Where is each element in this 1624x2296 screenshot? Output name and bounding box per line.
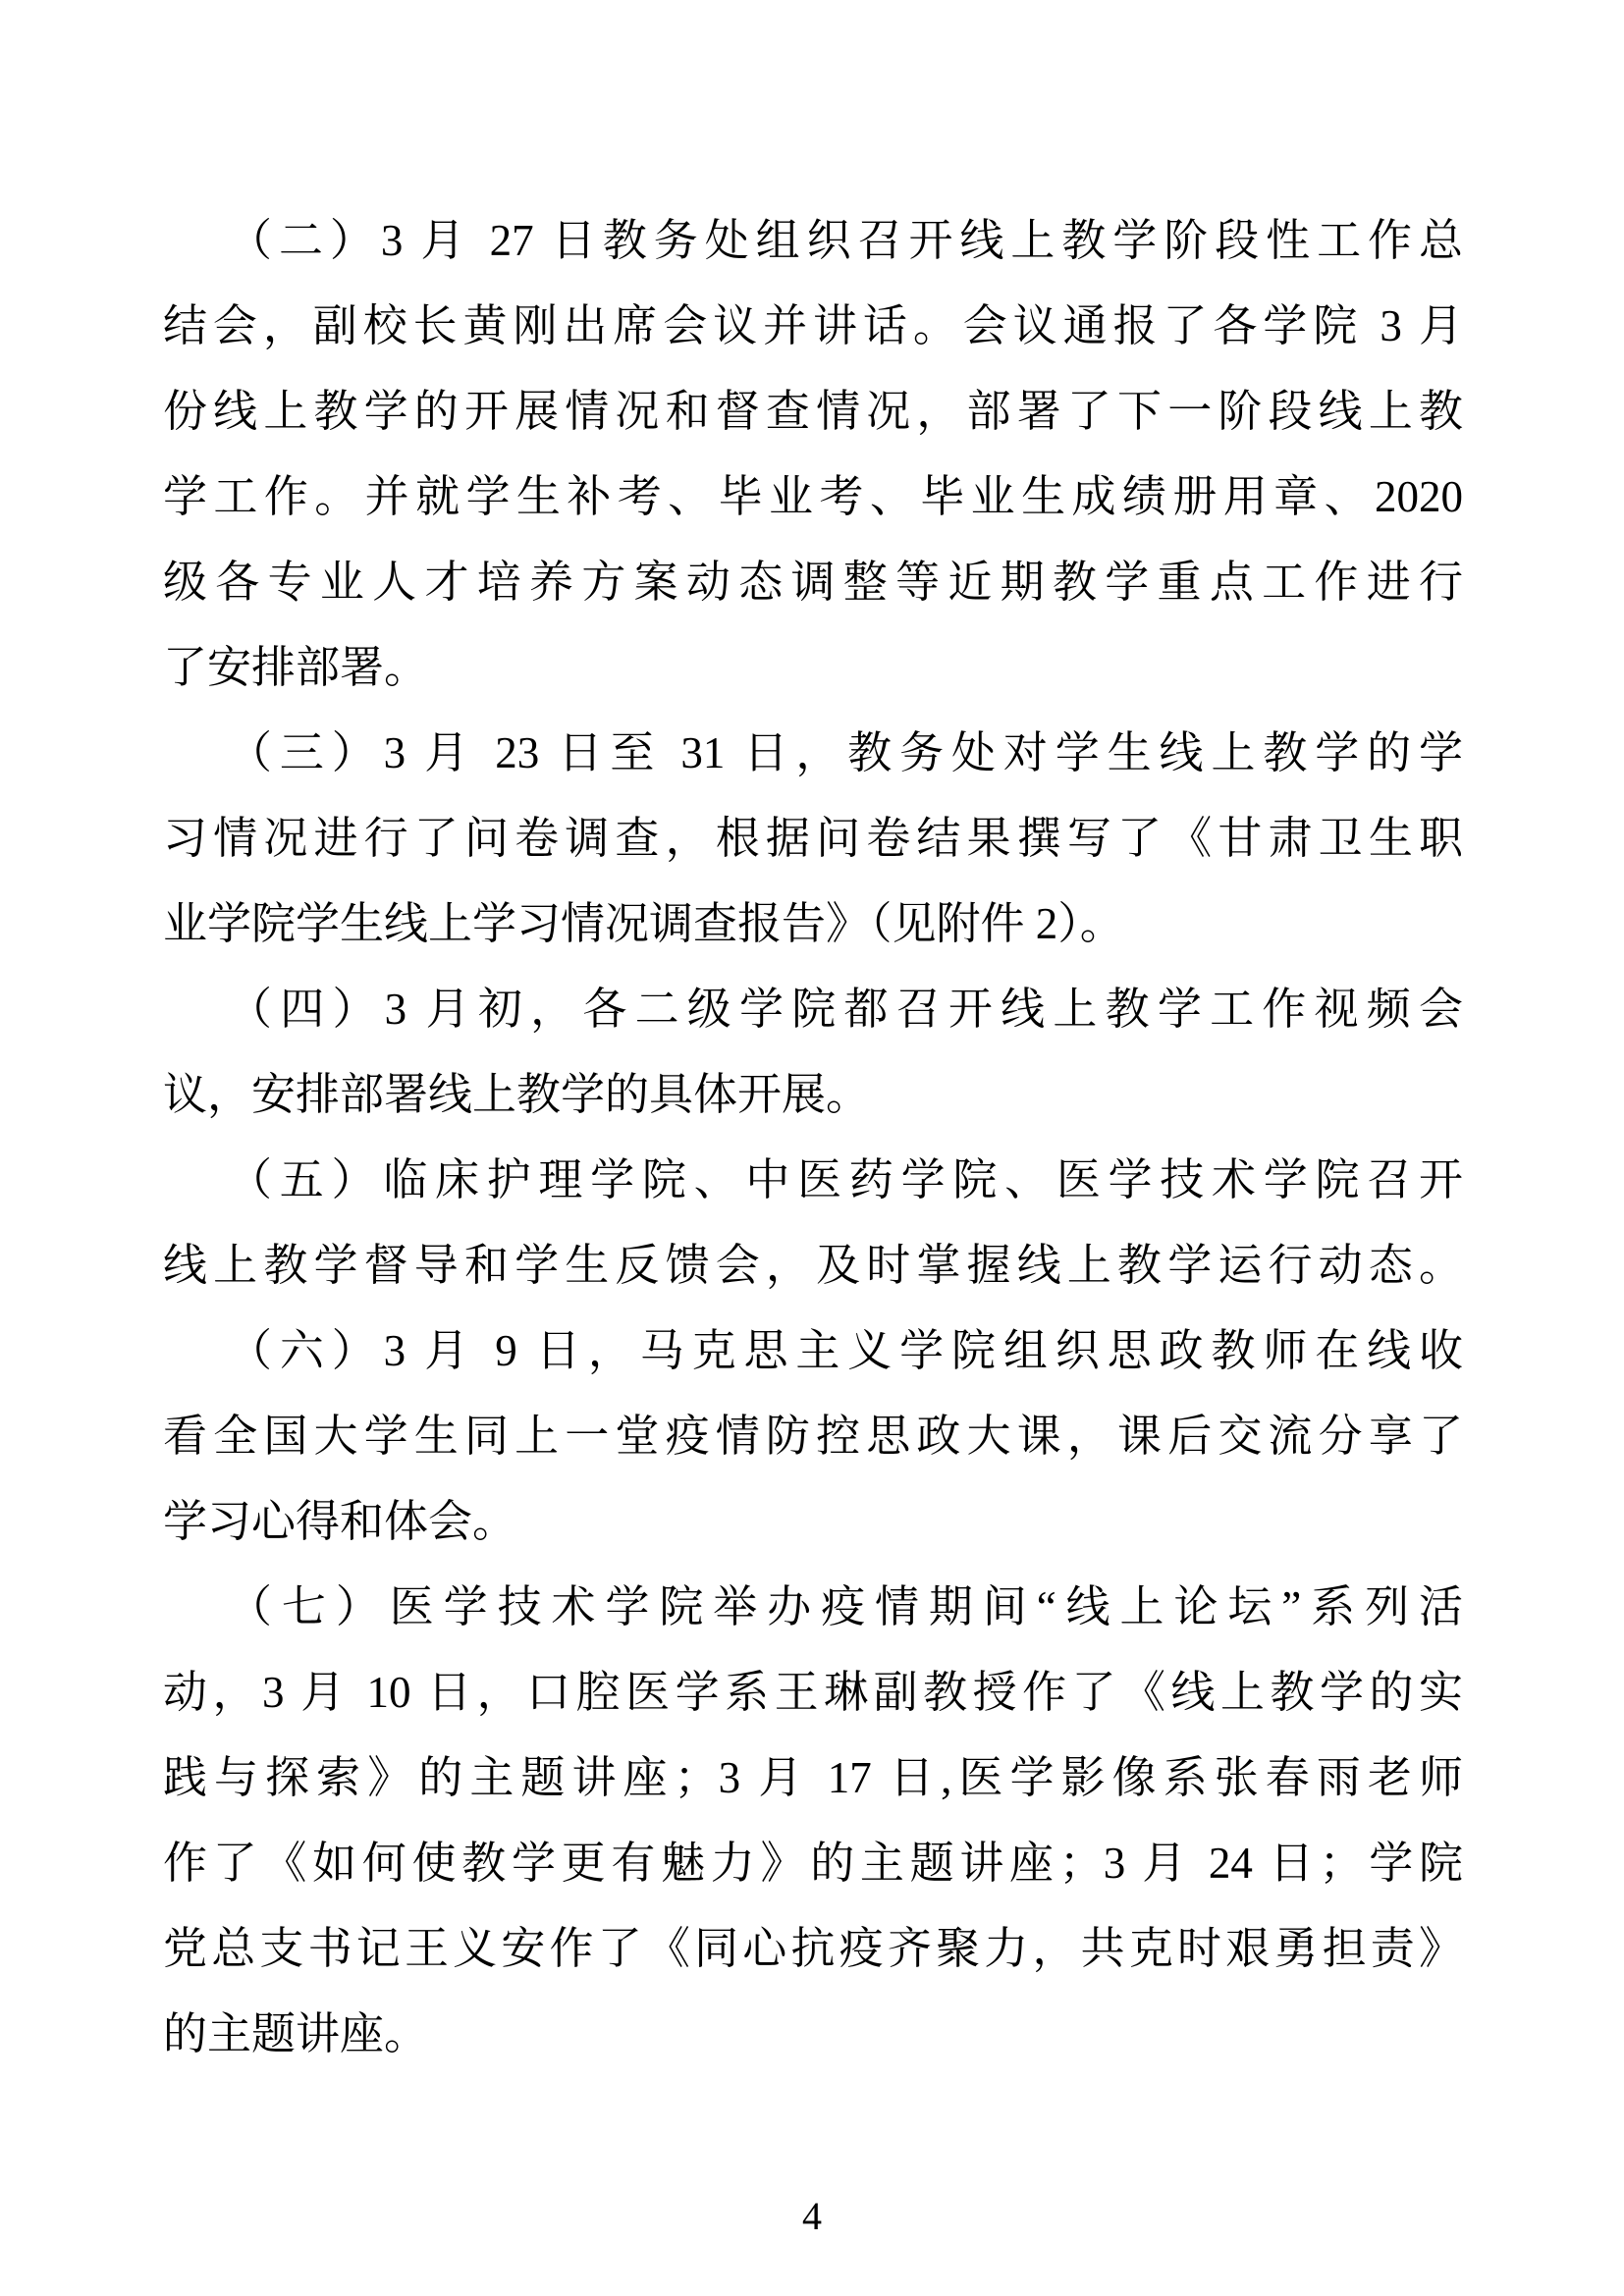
text-line: （五）临床护理学院、中医药学院、医学技术学院召开 bbox=[163, 1138, 1463, 1223]
text-line: 作了《如何使教学更有魅力》的主题讲座；3 月 24 日；学院 bbox=[163, 1821, 1463, 1906]
text-line: 级各专业人才培养方案动态调整等近期教学重点工作进行 bbox=[163, 540, 1463, 625]
text-line: （六）3 月 9 日，马克思主义学院组织思政教师在线收 bbox=[163, 1308, 1463, 1394]
text-line: （四）3 月初，各二级学院都召开线上教学工作视频会 bbox=[163, 967, 1463, 1052]
text-line: 业学院学生线上学习情况调查报告》（见附件 2）。 bbox=[163, 881, 1463, 967]
text-line: 学工作。并就学生补考、毕业考、毕业生成绩册用章、2020 bbox=[163, 454, 1463, 540]
text-line: 结会，副校长黄刚出席会议并讲话。会议通报了各学院 3 月 bbox=[163, 284, 1463, 369]
text-line: 看全国大学生同上一堂疫情防控思政大课，课后交流分享了 bbox=[163, 1394, 1463, 1479]
text-line: 学习心得和体会。 bbox=[163, 1479, 1463, 1565]
text-line: 习情况进行了问卷调查，根据问卷结果撰写了《甘肃卫生职 bbox=[163, 796, 1463, 881]
text-line: （三）3 月 23 日至 31 日，教务处对学生线上教学的学 bbox=[163, 711, 1463, 796]
text-line: （二）3 月 27 日教务处组织召开线上教学阶段性工作总 bbox=[163, 198, 1463, 284]
document-body: （二）3 月 27 日教务处组织召开线上教学阶段性工作总 结会，副校长黄刚出席会… bbox=[163, 198, 1463, 2077]
text-line: 线上教学督导和学生反馈会，及时掌握线上教学运行动态。 bbox=[163, 1223, 1463, 1308]
text-line: （七）医学技术学院举办疫情期间“线上论坛”系列活 bbox=[163, 1565, 1463, 1650]
document-page: （二）3 月 27 日教务处组织召开线上教学阶段性工作总 结会，副校长黄刚出席会… bbox=[0, 0, 1624, 2296]
text-line: 践与探索》的主题讲座；3 月 17 日,医学影像系张春雨老师 bbox=[163, 1735, 1463, 1821]
text-line: 了安排部署。 bbox=[163, 625, 1463, 711]
text-line: 的主题讲座。 bbox=[163, 1992, 1463, 2077]
text-line: 议，安排部署线上教学的具体开展。 bbox=[163, 1052, 1463, 1138]
text-line: 党总支书记王义安作了《同心抗疫齐聚力，共克时艰勇担责》 bbox=[163, 1906, 1463, 1992]
text-line: 动，3 月 10 日，口腔医学系王琳副教授作了《线上教学的实 bbox=[163, 1650, 1463, 1735]
page-number: 4 bbox=[0, 2195, 1624, 2238]
text-line: 份线上教学的开展情况和督查情况，部署了下一阶段线上教 bbox=[163, 369, 1463, 454]
